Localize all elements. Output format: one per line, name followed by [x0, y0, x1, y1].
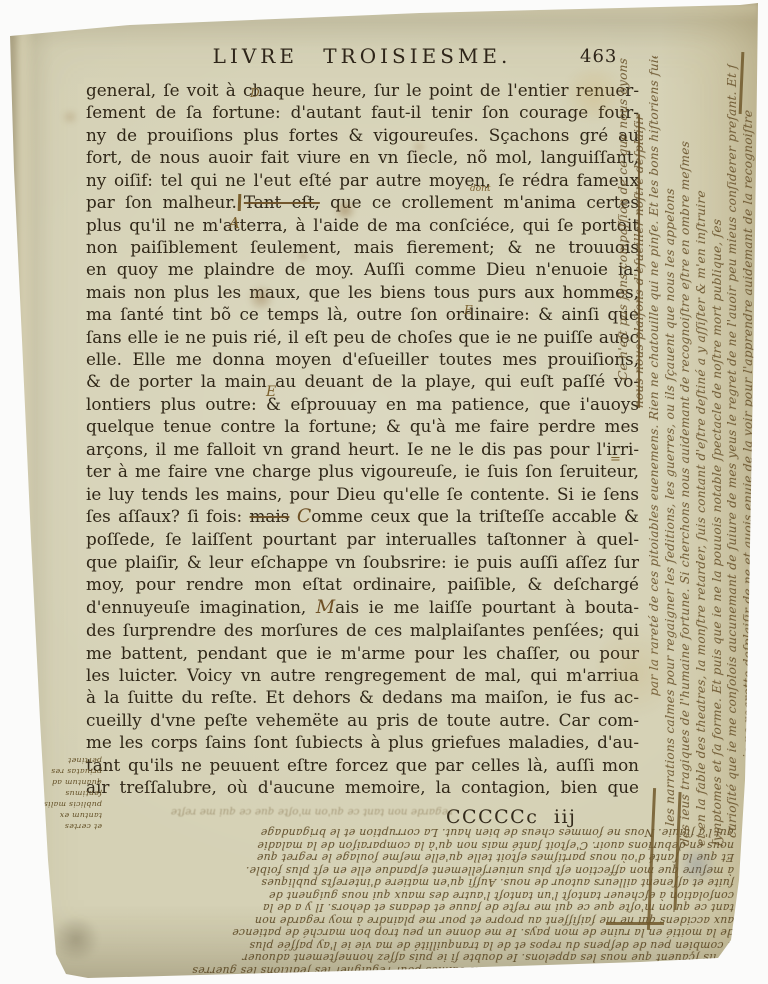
ink-stain	[246, 286, 276, 310]
body-line: me battent, pendant que ie m'arme pour l…	[86, 642, 639, 664]
handwriting-line: ou ils ſçauent que nous les appelons. Ie…	[34, 951, 735, 964]
body-line: non paiſiblement ſeulement, mais fiereme…	[86, 236, 639, 258]
book-page: LIVRE TROISIESME. 463 general, ſe voit à…	[0, 0, 768, 984]
body-line: tant qu'ils ne peuuent eſtre forcez que …	[86, 754, 639, 776]
handwriting-note-line: priuatas res	[22, 766, 102, 777]
body-line: poſſede, ſe laiſſent pourtant par interu…	[86, 528, 639, 550]
ink-mark: E	[464, 303, 473, 317]
printed-text: me les corps ſains ſont ſubiects à plus …	[86, 732, 639, 752]
body-line: ſans elle ie ne puis rié, il eſt peu de …	[86, 326, 639, 348]
handwriting-line: curioſité que ie me conſolois aucunemant…	[725, 63, 741, 838]
printed-text: fort, de nous auoir fait viure en vn ſie…	[86, 147, 639, 167]
handwriting-line: une eau dormante et mer morte de narrati…	[34, 964, 735, 977]
hand-correction: M	[316, 597, 335, 618]
printed-text: par ſon malheur.	[86, 192, 237, 212]
body-line: me les corps ſains ſont ſubiects à plus …	[86, 731, 639, 753]
body-line: plus qu'il ne m'atterra, à l'aide de ma …	[86, 214, 639, 236]
ink-stain	[410, 140, 428, 154]
printed-text: me battent, pendant que ie m'arme pour l…	[86, 643, 639, 663]
handwriting-line: ſymptomes et ſa forme. Et puis que ie ne…	[710, 63, 726, 846]
running-header-title: LIVRE TROISIESME.	[86, 44, 638, 68]
hand-correction	[238, 194, 242, 211]
handwriting-note-line: publicis malis	[22, 799, 102, 810]
body-line: fort, de nous auoir fait viure en vn ſie…	[86, 146, 639, 168]
body-line: en quoy me plaindre de moy. Auſſi comme …	[86, 258, 639, 280]
bottom-margin-handwriting-block: une eau dormante et mer morte de narrati…	[34, 824, 734, 976]
body-line: ny de prouiſions plus fortes & vigoureuſ…	[86, 124, 639, 146]
body-line: moy, pour rendre mon eſtat ordinaire, pa…	[86, 573, 639, 595]
printed-text: ie luy tends les mains, pour Dieu qu'ell…	[86, 484, 639, 504]
ink-stain	[296, 250, 310, 262]
left-margin-handwriting-note: et certestantum expublicis malisſentimus…	[22, 740, 102, 832]
printed-text: omme ceux que la triſteſſe accable &	[311, 506, 639, 526]
printed-text: que ce crollement m'anima certes	[320, 192, 639, 212]
handwriting-line: de la moitié en la ruine de mon pays. Ie…	[34, 926, 735, 939]
ink-mark: D	[250, 86, 260, 100]
handwriting-line: que ie ne regrette deſplaiſir de ne et a…	[741, 63, 757, 786]
printed-text: d'ennuyeuſe imagination,	[86, 597, 316, 617]
printed-text: ſes aſſaux? ſi fois:	[86, 506, 250, 526]
handwriting-line: nous nous plaiſons d'eſueiller noſtre de…	[632, 57, 648, 408]
printed-text: moy, pour rendre mon eſtat ordinaire, pa…	[86, 574, 639, 594]
body-line: ter à me faire vne charge plus vigoureuſ…	[86, 460, 639, 482]
body-line: que plaiſir, & leur eſchappe vn ſoubsrir…	[86, 551, 639, 573]
printed-text: à la ſuitte du reſte. Et dehors & dedans…	[86, 687, 639, 707]
printed-text: tant qu'ils ne peuuent eſtre forcez que …	[86, 755, 639, 775]
handwriting-line: ſuite et aſſenent ailleurs autour de nou…	[34, 876, 735, 889]
faint-ink-offset-line: regarde non tant ce qu'on m'oſte que ce …	[118, 804, 453, 818]
printed-text: ny oiſif: tel qui ne l'eut eſté par autr…	[86, 170, 639, 190]
printed-text: non paiſiblement ſeulement, mais fiereme…	[86, 237, 639, 257]
handwriting-line: à meſure que mon affection eſt plus uniu…	[34, 864, 735, 877]
handwriting-note-line: et certes	[22, 821, 102, 832]
handwriting-line: qui l'a ſuiuie. Nous ne ſommes cheus de …	[34, 826, 735, 839]
ink-mark: A	[229, 214, 240, 232]
page-number: 463	[580, 46, 617, 67]
printed-text: & de porter la main au deuant de la play…	[86, 371, 639, 391]
handwriting-note-line: ſentimus	[22, 788, 102, 799]
printed-text: plus qu'il ne m'atterra, à l'aide de ma …	[86, 215, 639, 235]
printed-text: general, ſe voit à chaque heure, ſur le …	[86, 80, 639, 100]
body-line: lontiers plus outre: & eſprouuay en ma p…	[86, 393, 639, 415]
body-line: cueilly d'vne peſte vehemëte au pris de …	[86, 709, 639, 731]
body-line: elle. Elle me donna moyen d'eſueiller to…	[86, 348, 639, 370]
printed-text-block: general, ſe voit à chaque heure, ſur le …	[86, 79, 639, 799]
handwriting-note-line: pertinet	[22, 755, 102, 766]
ink-mark: dont	[470, 184, 491, 194]
body-line: par ſon malheur.Tant eſt, que ce crollem…	[86, 191, 639, 213]
foxing-stain	[598, 616, 670, 728]
photo-backdrop: { "page": { "paper_color": "#d5d1b5", "p…	[0, 0, 768, 984]
blue-stain	[676, 846, 718, 884]
printed-text: en quoy me plaindre de moy. Auſſi comme …	[86, 259, 639, 279]
body-line: à la ſuitte du reſte. Et dehors & dedans…	[86, 686, 639, 708]
handwriting-line: les narrations calmes pour regaigner les…	[663, 63, 679, 826]
body-line: les luicter. Voicy vn autre rengregement…	[86, 664, 639, 686]
printed-text: arçons, il me falloit vn grand heurt. Ie…	[86, 439, 639, 459]
body-line: d'ennuyeuſe imagination, Mais ie me laiſ…	[86, 596, 639, 619]
handwriting-line: à combien peu de deſpens du repos et de …	[34, 939, 735, 952]
body-line: general, ſe voit à chaque heure, ſur le …	[86, 79, 639, 101]
handwriting-line: par la rareté de ces pitoiables euenemen…	[647, 55, 663, 696]
hand-correction: C	[297, 506, 311, 527]
printed-text: ter à me faire vne charge plus vigoureuſ…	[86, 461, 639, 481]
body-line: ie luy tends les mains, pour Dieu qu'ell…	[86, 483, 639, 505]
ink-mark: =	[610, 452, 621, 467]
handwriting-note-line: tantum ex	[22, 810, 102, 821]
printed-text: mais non plus les maux, que les biens to…	[86, 282, 639, 302]
body-line: mais non plus les maux, que les biens to…	[86, 281, 639, 303]
body-line: des ſurprendre des morſures de ces malpl…	[86, 619, 639, 641]
hand-correction: mais	[250, 506, 290, 526]
handwriting-line: des ieus tragiques de l'humaine fortune.…	[678, 63, 694, 846]
handwriting-line: Et que la ſanté d'où nous partiſmes eſto…	[34, 851, 735, 864]
printed-text: que plaiſir, & leur eſchappe vn ſoubsrir…	[86, 552, 639, 572]
body-line: ſement de ſa fortune: d'autant faut-il t…	[86, 101, 639, 123]
body-line: air treſſalubre, où d'aucune memoire, la…	[86, 776, 639, 798]
hand-correction: Tant eſt,	[244, 192, 320, 212]
handwriting-line: tant ce qu'on m'oſte que ce qui me reſte…	[34, 901, 735, 914]
ink-stain	[332, 200, 358, 220]
printed-text: des ſurprendre des morſures de ces malpl…	[86, 620, 639, 640]
body-line: ma ſanté tint bõ ce temps là, outre ſon …	[86, 303, 639, 325]
handwriting-note-line: quantum ad	[22, 777, 102, 788]
body-line: ny oiſif: tel qui ne l'eut eſté par autr…	[86, 169, 639, 191]
printed-text: les luicter. Voicy vn autre rengregement…	[86, 665, 639, 685]
corner-grime-stain	[50, 918, 102, 960]
body-line: quelque tenue contre la fortune; & qu'à …	[86, 415, 639, 437]
printed-text: quelque tenue contre la fortune; & qu'à …	[86, 416, 639, 436]
printed-text: air treſſalubre, où d'aucune memoire, la…	[86, 777, 639, 797]
handwriting-line: conſolation à eſcheuer tantoſt l'un tant…	[34, 889, 735, 902]
printed-text: cueilly d'vne peſte vehemëte au pris de …	[86, 710, 639, 730]
printed-text: lontiers plus outre: & eſprouuay en ma p…	[86, 394, 639, 414]
ink-stroke	[606, 922, 664, 925]
foxing-stain	[558, 68, 630, 120]
printed-text: ſans elle ie ne puis rié, il eſt peu de …	[86, 327, 639, 347]
body-line: ſes aſſaux? ſi fois: mais Comme ceux que…	[86, 505, 639, 528]
ink-mark: E	[266, 384, 276, 400]
printed-text: elle. Elle me donna moyen d'eſueiller to…	[86, 349, 639, 369]
printed-text	[289, 506, 296, 526]
body-line: arçons, il me falloit vn grand heurt. Ie…	[86, 438, 639, 460]
printed-text: ais ie me laiſſe pourtant à bouta-	[335, 597, 639, 617]
ink-stain	[60, 110, 80, 124]
handwriting-line: nous en deburions auoir. C'eſtoit ſanté …	[34, 839, 735, 852]
handwriting-line: et en la fable des theatres, la monſtre …	[694, 63, 710, 846]
printed-text: ſement de ſa fortune: d'autant faut-il t…	[86, 102, 639, 122]
printed-text: poſſede, ſe laiſſent pourtant par interu…	[86, 529, 639, 549]
body-line: & de porter la main au deuant de la play…	[86, 370, 639, 392]
printed-text: ma ſanté tint bõ ce temps là, outre ſon …	[86, 304, 639, 324]
printed-text: ny de prouiſions plus fortes & vigoureuſ…	[86, 125, 639, 145]
